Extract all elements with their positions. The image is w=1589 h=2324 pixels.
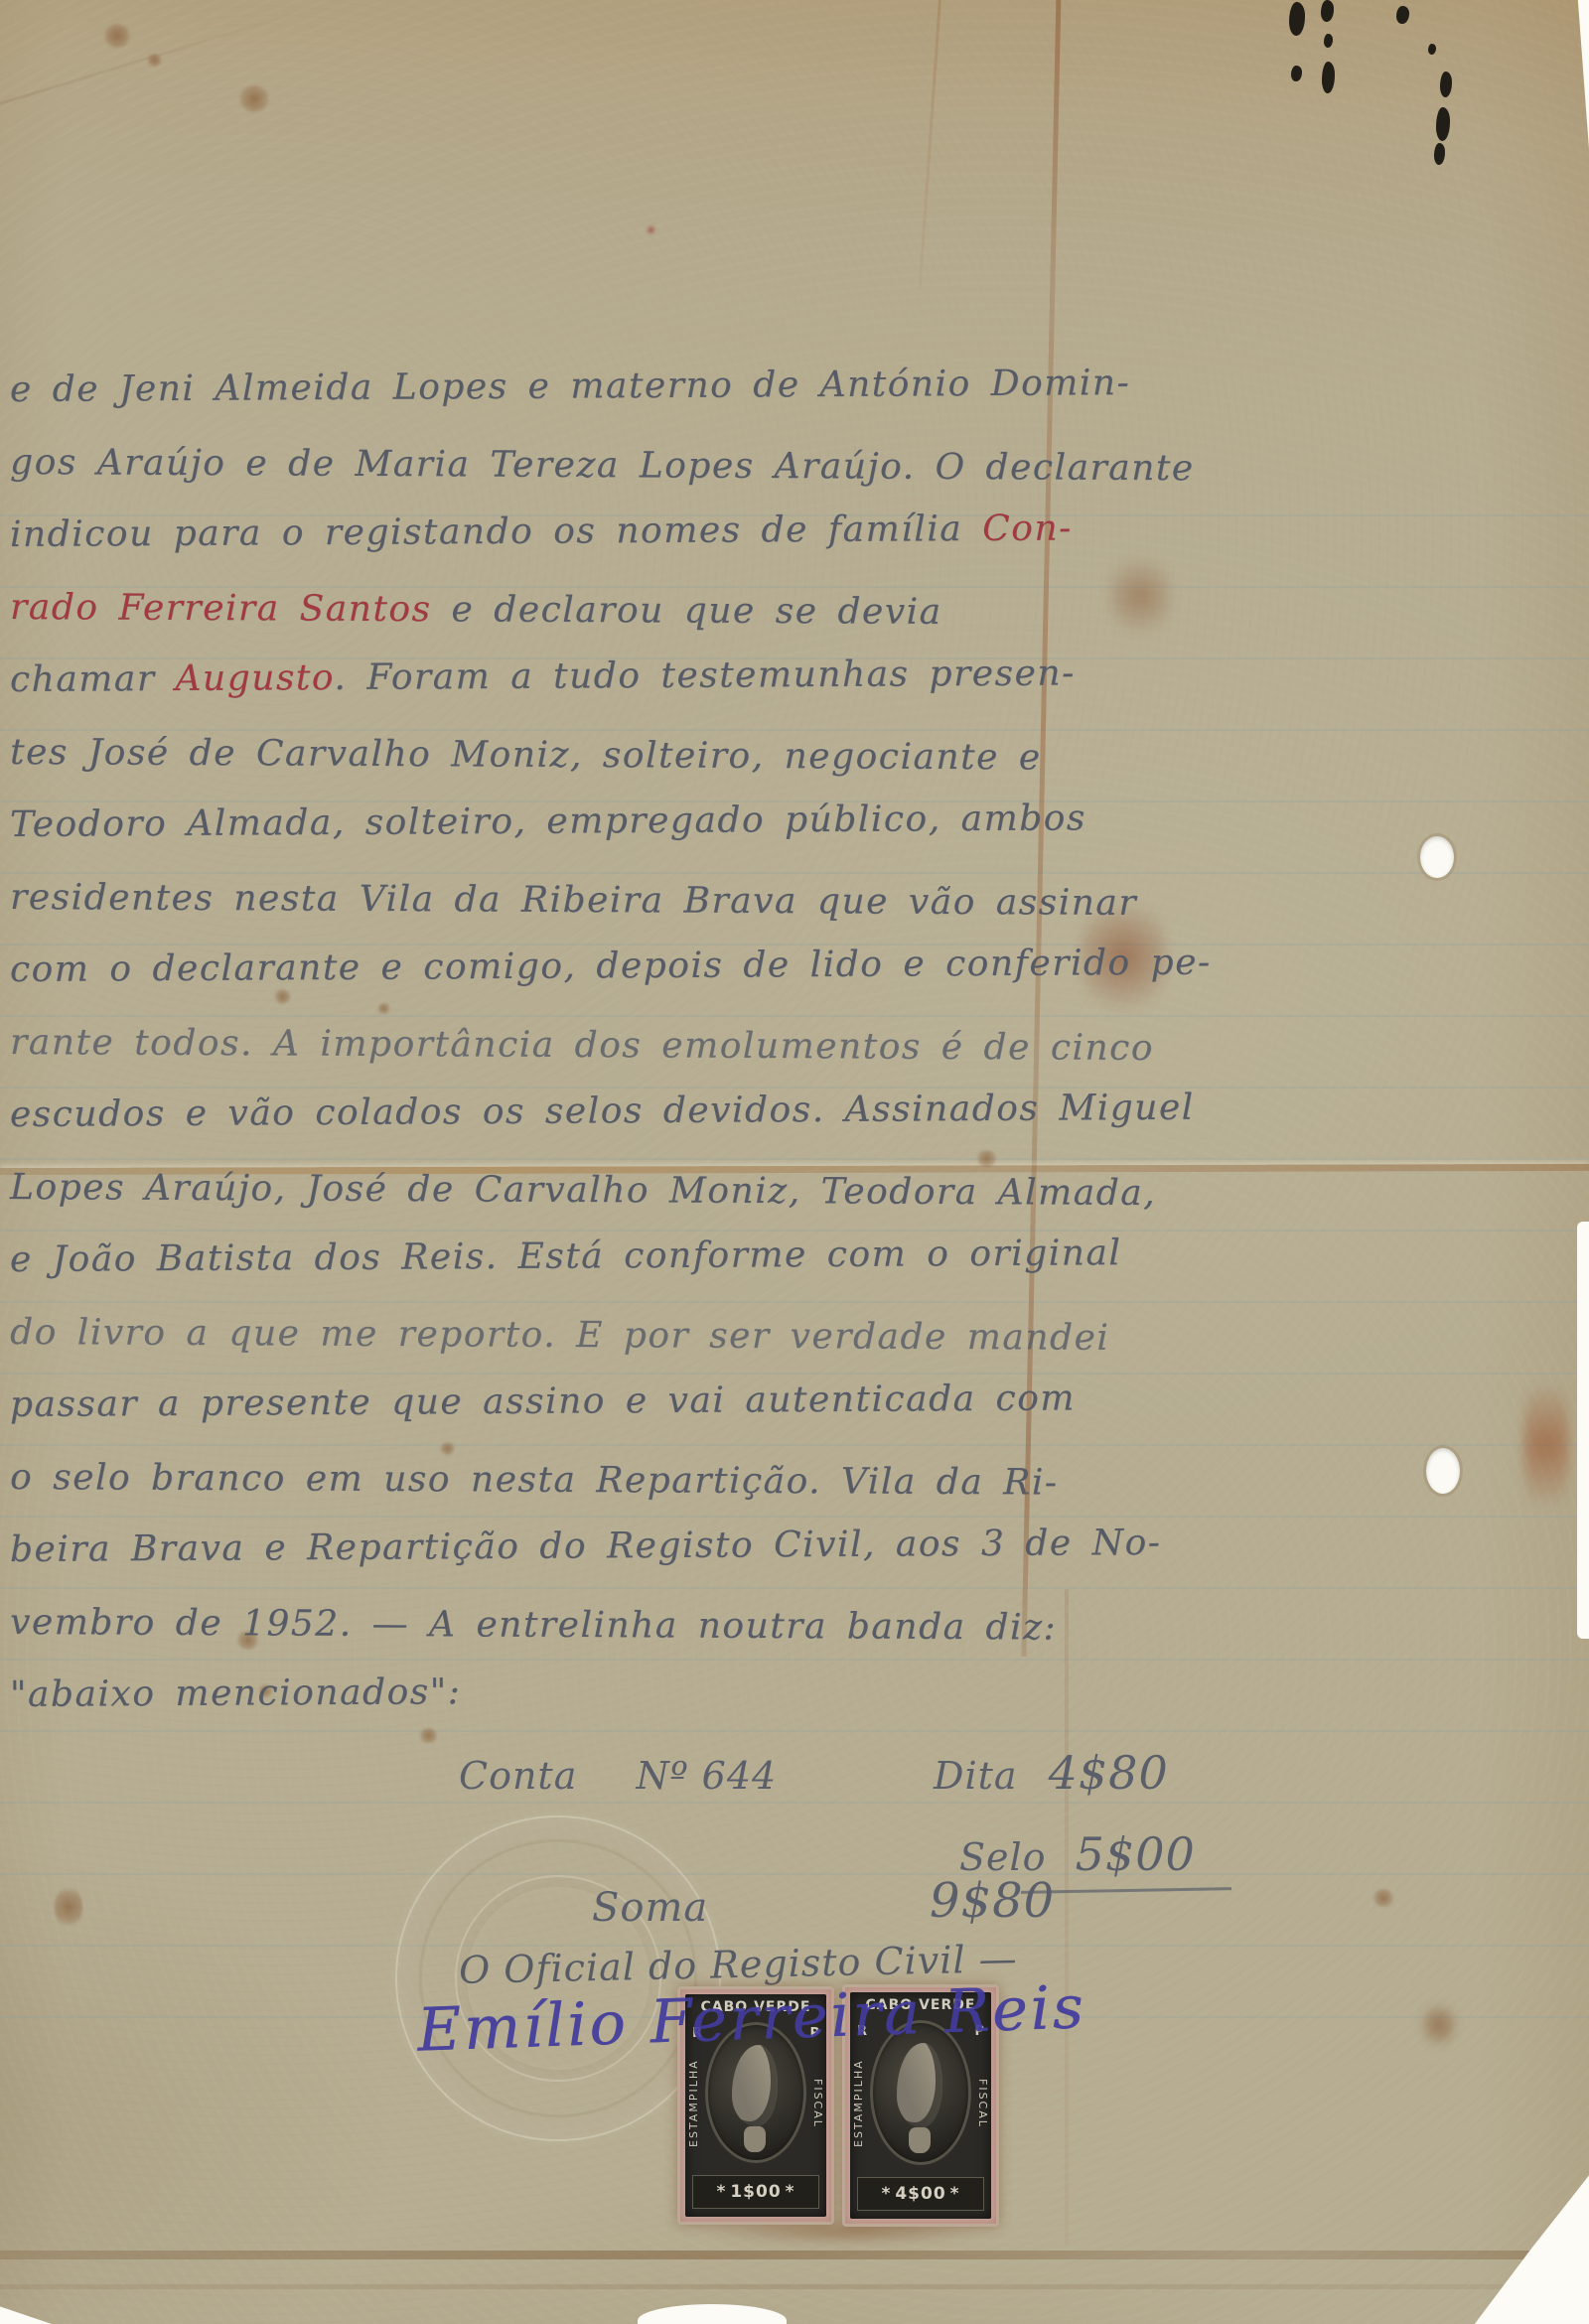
stamp-value: 1$00 — [692, 2175, 819, 2209]
stamp-side-fiscal: FISCAL — [976, 2044, 989, 2163]
manuscript-ink-text: Lopes Araújo, José de Carvalho Moniz, Te… — [10, 1167, 1156, 1214]
ink-blot — [1289, 2, 1305, 36]
stain — [646, 224, 656, 235]
manuscript-ink-text: com o declarante e comigo, depois de lid… — [10, 943, 1212, 990]
manuscript-line: chamar Augusto. Foram a tudo testemunhas… — [10, 650, 1577, 732]
stamp-portrait-neck — [744, 2126, 766, 2152]
manuscript-ink-text: rante todos. A importância dos emolument… — [10, 1022, 1154, 1069]
conta-label: Conta — [459, 1754, 577, 1798]
ink-blot — [1436, 107, 1450, 141]
manuscript-ink-text: beira Brava e Repartição do Registo Civi… — [10, 1523, 1162, 1570]
soma-label: Soma — [592, 1885, 708, 1931]
corner-crease — [0, 13, 291, 108]
manuscript-ink-text: "abaixo mencionados": — [10, 1671, 462, 1715]
manuscript-ink-text: Teodoro Almada, solteiro, empregado públ… — [10, 798, 1086, 845]
manuscript-ink-text: gos Araújo e de Maria Tereza Lopes Araúj… — [10, 442, 1195, 489]
scan-background-corner — [1462, 2155, 1589, 2324]
dita-valor: 4$80 — [1049, 1746, 1169, 1800]
manuscript-line: com o declarante e comigo, depois de lid… — [10, 940, 1577, 1022]
conta-line: Conta Nº 644 — [459, 1754, 777, 1798]
manuscript-line: Teodoro Almada, solteiro, empregado públ… — [10, 795, 1577, 877]
stamp-portrait-profile — [897, 2043, 943, 2127]
manuscript-ink-text: chamar — [10, 658, 176, 700]
manuscript-ink-text: e declarou que se devia — [431, 589, 941, 633]
stain — [103, 24, 131, 48]
manuscript-red-text: Augusto — [175, 657, 334, 699]
scanned-document-page: e de Jeni Almeida Lopes e materno de Ant… — [0, 0, 1589, 2324]
manuscript-ink-text: indicou para o registando os nomes de fa… — [10, 508, 982, 555]
scan-background-notch — [638, 2304, 787, 2324]
stamp-side-fiscal: FISCAL — [811, 2046, 824, 2161]
manuscript-ink-text: residentes nesta Vila da Ribeira Brava q… — [10, 877, 1137, 924]
manuscript-line: passar a presente que assino e vai auten… — [10, 1375, 1577, 1457]
bottom-fold-crease — [0, 2251, 1589, 2259]
ink-blot — [1428, 44, 1436, 55]
manuscript-line: escudos e vão colados os selos devidos. … — [10, 1085, 1577, 1167]
manuscript-line: e João Batista dos Reis. Está conforme c… — [10, 1230, 1577, 1312]
stain — [147, 54, 162, 67]
manuscript-ink-text: passar a presente que assino e vai auten… — [10, 1378, 1076, 1425]
manuscript-line: indicou para o registando os nomes de fa… — [10, 505, 1577, 587]
bottom-fold-crease-2 — [0, 2284, 1589, 2289]
manuscript-ink-text: e de Jeni Almeida Lopes e materno de Ant… — [10, 363, 1131, 410]
manuscript-text: e de Jeni Almeida Lopes e materno de Ant… — [10, 369, 1577, 1747]
ink-blot — [1434, 143, 1445, 165]
ink-blot — [1322, 62, 1335, 93]
selo-valor: 5$00 — [1076, 1827, 1196, 1881]
manuscript-ink-text: tes José de Carvalho Moniz, solteiro, ne… — [10, 732, 1042, 778]
scan-background-edge — [1573, 0, 1589, 149]
ink-blot — [1324, 34, 1333, 48]
stamp-side-estampilha: ESTAMPILHA — [852, 2044, 865, 2163]
manuscript-line: e de Jeni Almeida Lopes e materno de Ant… — [10, 360, 1577, 442]
stamp-portrait-profile — [732, 2045, 779, 2126]
ink-blot — [1440, 72, 1452, 97]
stain — [238, 85, 270, 112]
top-center-crease — [919, 0, 942, 290]
scan-background-corner — [0, 2302, 52, 2324]
punch-hole-top — [1420, 836, 1454, 878]
dita-line: Dita 4$80 — [934, 1746, 1169, 1800]
ink-blot — [1321, 0, 1334, 22]
manuscript-line: "abaixo mencionados": — [10, 1665, 1577, 1747]
manuscript-ink-text: e João Batista dos Reis. Está conforme c… — [10, 1233, 1122, 1280]
manuscript-ink-text: do livro a que me reporto. E por ser ver… — [10, 1312, 1109, 1359]
ink-blot — [1291, 66, 1302, 81]
manuscript-line: beira Brava e Repartição do Registo Civi… — [10, 1520, 1577, 1602]
stamp-side-estampilha: ESTAMPILHA — [687, 2046, 700, 2161]
manuscript-ink-text: o selo branco em uso nesta Repartição. V… — [10, 1457, 1059, 1504]
conta-numero: Nº 644 — [636, 1754, 777, 1798]
stamp-portrait-neck — [909, 2127, 931, 2153]
soma-valor: 9$80 — [930, 1873, 1055, 1929]
manuscript-red-text: rado Ferreira Santos — [10, 587, 432, 630]
manuscript-ink-text: escudos e vão colados os selos devidos. … — [10, 1088, 1195, 1135]
dita-label: Dita — [934, 1754, 1018, 1798]
manuscript-ink-text: . Foram a tudo testemunhas presen- — [334, 653, 1076, 698]
manuscript-red-text: Con- — [982, 508, 1073, 549]
ink-blot — [1396, 6, 1409, 24]
stamp-value: 4$00 — [857, 2177, 984, 2211]
punch-hole-bottom — [1426, 1448, 1460, 1494]
manuscript-ink-text: vembro de 1952. — A entrelinha noutra ba… — [10, 1602, 1057, 1649]
